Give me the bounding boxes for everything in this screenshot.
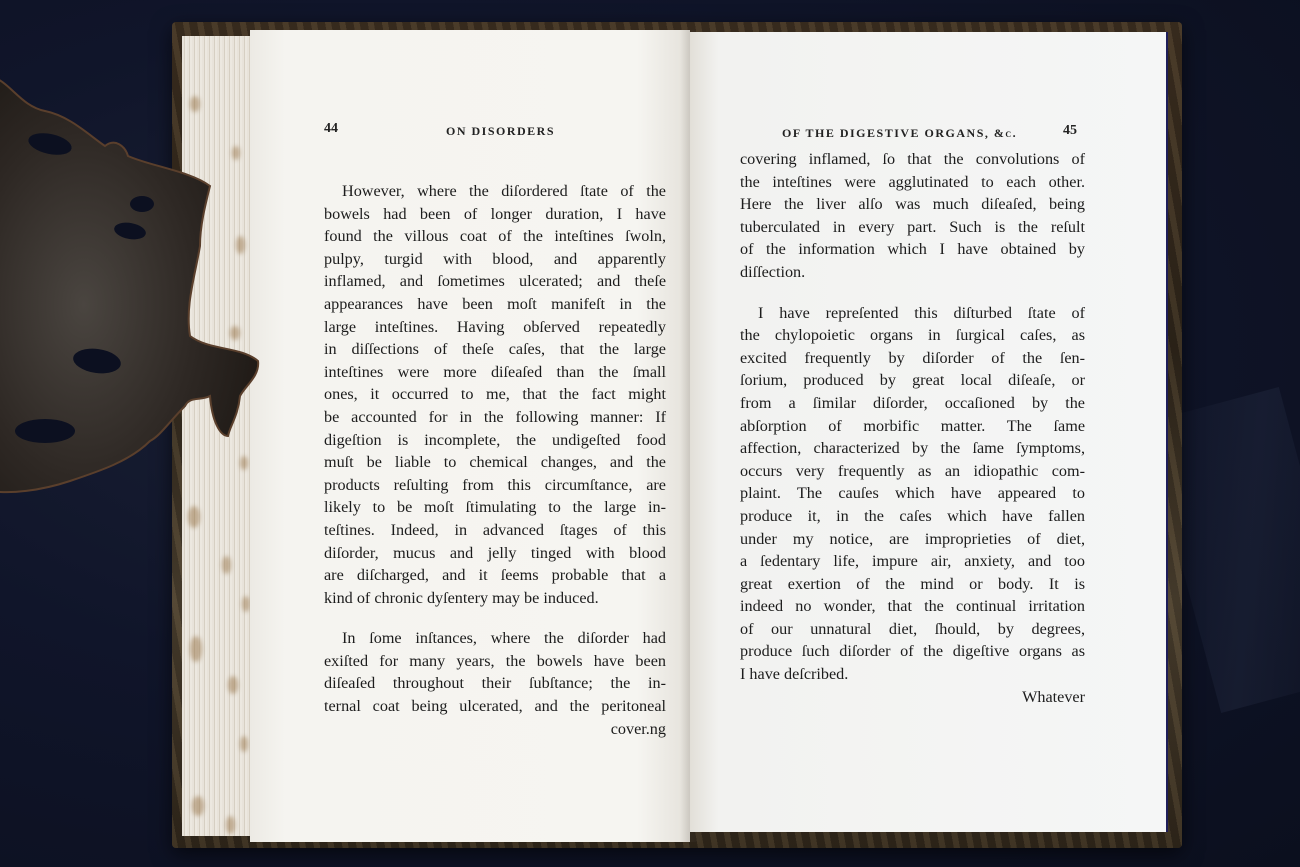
right-page: OF THE DIGESTIVE ORGANS, &c. 45 covering…: [690, 32, 1168, 832]
text-line: I have repreſented this diſturbed ſtate …: [740, 302, 1085, 325]
text-line: produce it, in the caſes which have fall…: [740, 505, 1085, 528]
text-line: I have deſcribed.: [740, 663, 1085, 686]
right-text-block: covering inflamed, ſo that the convoluti…: [740, 148, 1085, 708]
foxing-spot: [192, 796, 204, 816]
text-line: abſorption of morbific matter. The ſame: [740, 415, 1085, 438]
text-line: under my notice, are improprieties of di…: [740, 528, 1085, 551]
open-book: 44 ON DISORDERS However, where the diſor…: [172, 22, 1182, 848]
running-head: ON DISORDERS: [446, 124, 555, 139]
text-line: appearances have been moſt manifeſt in t…: [324, 293, 666, 316]
page-number: 44: [324, 121, 338, 137]
foxing-spot: [228, 676, 238, 694]
text-line: diſſection.: [740, 261, 1085, 284]
foxing-spot: [222, 556, 231, 574]
text-line: inflamed, and ſometimes ulcerated; and t…: [324, 270, 666, 293]
metal-paperweight: [0, 76, 270, 496]
text-line: ternal coat being ulcerated, and the per…: [324, 695, 666, 718]
text-line: However, where the diſordered ſtate of t…: [324, 180, 666, 203]
text-line: exiſted for many years, the bowels have …: [324, 650, 666, 673]
foxing-spot: [188, 506, 200, 528]
left-page: 44 ON DISORDERS However, where the diſor…: [250, 30, 690, 842]
text-line: the chylopoietic organs in ſurgical caſe…: [740, 324, 1085, 347]
text-line: inteſtines were more diſeaſed than the ſ…: [324, 361, 666, 384]
paragraph: However, where the diſordered ſtate of t…: [324, 180, 666, 609]
text-line: indeed no wonder, that the continual irr…: [740, 595, 1085, 618]
left-text-block: However, where the diſordered ſtate of t…: [324, 180, 666, 740]
text-line: from a ſimilar diſorder, occaſioned by t…: [740, 392, 1085, 415]
catchword: Whatever: [740, 686, 1085, 709]
running-head: OF THE DIGESTIVE ORGANS, &c.: [782, 126, 1017, 141]
text-line: bowels had been of longer duration, I ha…: [324, 203, 666, 226]
catchword: cover.ng: [324, 718, 666, 741]
text-line: be accounted for in the following manner…: [324, 406, 666, 429]
text-line: are diſcharged, and it ſeems probable th…: [324, 564, 666, 587]
paragraph: I have repreſented this diſturbed ſtate …: [740, 302, 1085, 686]
text-line: muſt be liable to chemical changes, and …: [324, 451, 666, 474]
text-line: diſeaſed throughout their ſubſtance; the…: [324, 672, 666, 695]
text-line: large inteſtines. Having obſerved repeat…: [324, 316, 666, 339]
text-line: great exertion of the mind or body. It i…: [740, 573, 1085, 596]
text-line: affection, characterized by the ſame ſym…: [740, 437, 1085, 460]
foxing-spot: [242, 596, 250, 612]
text-line: teſtines. Indeed, in advanced ſtages of …: [324, 519, 666, 542]
text-line: In ſome inſtances, where the diſorder ha…: [324, 627, 666, 650]
text-line: kind of chronic dyſentery may be induced…: [324, 587, 666, 610]
page-number: 45: [1063, 123, 1077, 139]
text-line: Here the liver alſo was much diſeaſed, b…: [740, 193, 1085, 216]
text-line: occurs very frequently as an idiopathic …: [740, 460, 1085, 483]
text-line: produce ſuch diſorder of the digeſtive o…: [740, 640, 1085, 663]
foxing-spot: [190, 636, 202, 662]
text-line: of our unnatural diet, ſhould, by degree…: [740, 618, 1085, 641]
text-line: products reſulting from this circumſtanc…: [324, 474, 666, 497]
text-line: likely to be moſt ſtimulating to the lar…: [324, 496, 666, 519]
text-line: tuberculated in every part. Such is the …: [740, 216, 1085, 239]
text-line: ſorium, produced by great local diſeaſe,…: [740, 369, 1085, 392]
paragraph: covering inflamed, ſo that the convoluti…: [740, 148, 1085, 284]
text-line: covering inflamed, ſo that the convoluti…: [740, 148, 1085, 171]
foxing-spot: [226, 816, 235, 834]
text-line: pulpy, turgid with blood, and apparently: [324, 248, 666, 271]
text-line: excited frequently by diſorder of the ſe…: [740, 347, 1085, 370]
text-line: digeſtion is incomplete, the undigeſted …: [324, 429, 666, 452]
text-line: plaint. The cauſes which have appeared t…: [740, 482, 1085, 505]
text-line: the inteſtines were agglutinated to each…: [740, 171, 1085, 194]
foxing-spot: [240, 736, 248, 752]
text-line: in diſſections of theſe caſes, that the …: [324, 338, 666, 361]
text-line: ones, it occurred to me, that the fact m…: [324, 383, 666, 406]
paragraph: In ſome inſtances, where the diſorder ha…: [324, 627, 666, 717]
text-line: a ſedentary life, impure air, anxiety, a…: [740, 550, 1085, 573]
text-line: of the information which I have obtained…: [740, 238, 1085, 261]
text-line: diſorder, mucus and jelly tinged with bl…: [324, 542, 666, 565]
text-line: found the villous coat of the inteſtines…: [324, 225, 666, 248]
